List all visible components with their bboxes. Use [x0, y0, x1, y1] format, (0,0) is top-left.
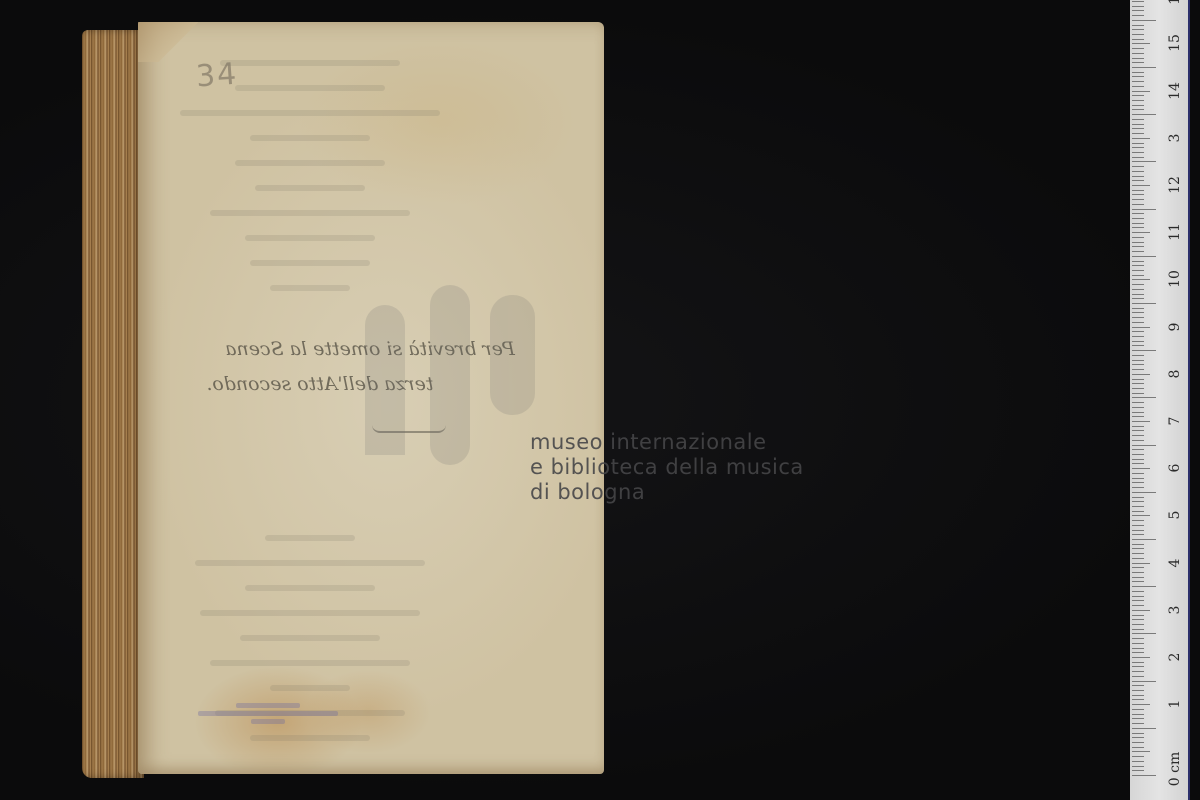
ruler-tick: [1132, 737, 1144, 738]
ruler-tick: [1132, 29, 1144, 30]
ruler-tick: [1132, 25, 1144, 26]
ruler-tick: [1132, 600, 1144, 601]
ruler-tick: [1132, 72, 1144, 73]
ruler-tick: [1132, 770, 1144, 771]
stamp-line: [198, 711, 338, 716]
ruler-tick: [1132, 704, 1150, 705]
ruler-label: 16: [1167, 0, 1183, 11]
ruler-tick: [1132, 261, 1144, 262]
ruler-tick: [1132, 695, 1144, 696]
ruler-tick: [1132, 223, 1144, 224]
ruler-tick: [1132, 317, 1144, 318]
ruler-tick: [1132, 751, 1150, 752]
ruler-tick: [1132, 511, 1144, 512]
ruler-label: 7: [1167, 406, 1183, 436]
ruler-tick: [1132, 662, 1144, 663]
ruler-tick: [1132, 43, 1150, 44]
ruler-tick: [1132, 383, 1144, 384]
ruler-tick: [1132, 581, 1144, 582]
ruler-tick: [1132, 714, 1144, 715]
ruler-tick: [1132, 161, 1156, 162]
ruler-tick: [1132, 756, 1144, 757]
ruler-tick: [1132, 289, 1144, 290]
ruler-tick: [1132, 577, 1144, 578]
ruler-tick: [1132, 718, 1144, 719]
ruler-tick: [1132, 506, 1144, 507]
ruler-tick: [1132, 124, 1144, 125]
ruler-label: 9: [1167, 312, 1183, 342]
ruler-label: 3: [1167, 123, 1183, 153]
ruler-tick: [1132, 553, 1144, 554]
ruler-tick: [1132, 657, 1150, 658]
ruler-tick: [1132, 742, 1144, 743]
ruler-tick: [1132, 39, 1144, 40]
ruler-tick: [1132, 15, 1144, 16]
ruler-tick: [1132, 331, 1144, 332]
ruler-tick: [1132, 388, 1144, 389]
ruler-tick: [1132, 393, 1144, 394]
ruler-tick: [1132, 520, 1144, 521]
ruler-tick: [1132, 426, 1144, 427]
ruler-tick: [1132, 468, 1150, 469]
ruler-tick: [1132, 270, 1144, 271]
ruler-tick: [1132, 430, 1144, 431]
ruler-tick: [1132, 723, 1144, 724]
ruler-tick: [1132, 539, 1156, 540]
ruler-tick: [1132, 246, 1144, 247]
ruler-tick: [1132, 275, 1144, 276]
ruler-tick: [1132, 643, 1144, 644]
ruler-tick: [1132, 194, 1144, 195]
ruler-tick: [1132, 67, 1156, 68]
ruler-tick: [1132, 119, 1144, 120]
ruler-tick: [1132, 152, 1144, 153]
stamp-line: [236, 703, 300, 708]
ruler-tick: [1132, 402, 1144, 403]
ruler-tick: [1132, 638, 1144, 639]
ruler-tick: [1132, 699, 1144, 700]
ruler-tick: [1132, 109, 1144, 110]
ruler-tick: [1132, 91, 1150, 92]
ruler-tick: [1132, 6, 1144, 7]
museum-watermark: museo internazionale e biblioteca della …: [530, 430, 804, 505]
ruler-tick: [1132, 128, 1144, 129]
ruler-tick: [1132, 775, 1156, 776]
ruler-tick: [1132, 251, 1144, 252]
ruler-tick: [1132, 294, 1144, 295]
ruler-tick: [1132, 171, 1144, 172]
stamp-line: [251, 719, 285, 724]
ruler-label: 12: [1167, 170, 1183, 200]
ruler-tick: [1132, 459, 1144, 460]
ruler-tick: [1132, 157, 1144, 158]
ruler-tick: [1132, 681, 1156, 682]
ruler-tick: [1132, 482, 1144, 483]
ruler-tick: [1132, 454, 1144, 455]
ruler-tick: [1132, 633, 1156, 634]
ruler-tick: [1132, 1, 1144, 2]
ruler-tick: [1132, 62, 1144, 63]
ruler-tick: [1132, 515, 1150, 516]
ruler-tick: [1132, 298, 1144, 299]
ruler-tick: [1132, 501, 1144, 502]
ruler-tick: [1132, 497, 1144, 498]
ruler-tick: [1132, 81, 1144, 82]
ruler-tick: [1132, 20, 1156, 21]
ruler-tick: [1132, 440, 1144, 441]
ruler-tick: [1132, 138, 1150, 139]
ruler-tick: [1132, 563, 1150, 564]
ruler-tick: [1132, 204, 1144, 205]
ruler-tick: [1132, 86, 1144, 87]
ruler-tick: [1132, 322, 1144, 323]
ruler-tick: [1132, 605, 1144, 606]
ruler-tick: [1132, 147, 1144, 148]
ruler-label: 2: [1167, 642, 1183, 672]
ruler-tick: [1132, 416, 1144, 417]
ruler-tick: [1132, 648, 1144, 649]
ruler-tick: [1132, 180, 1144, 181]
ruler-tick: [1132, 548, 1144, 549]
ruler-tick: [1132, 671, 1144, 672]
ruler-tick: [1132, 572, 1144, 573]
ruler-tick: [1132, 341, 1144, 342]
ruler-tick: [1132, 397, 1156, 398]
ruler-tick: [1132, 237, 1144, 238]
watermark-line-2: e biblioteca della musica: [530, 455, 804, 480]
ruler-tick: [1132, 435, 1144, 436]
ruler-label: 14: [1167, 76, 1183, 106]
ruler-tick: [1132, 213, 1144, 214]
ruler-tick: [1132, 256, 1156, 257]
ruler-label: 8: [1167, 359, 1183, 389]
ruler-tick: [1132, 690, 1144, 691]
ruler-tick: [1132, 364, 1144, 365]
ruler-tick: [1132, 478, 1144, 479]
ruler-label: 11: [1167, 217, 1183, 247]
ruler-tick: [1132, 624, 1144, 625]
ruler-tick: [1132, 449, 1144, 450]
ruler-tick: [1132, 615, 1144, 616]
ruler-tick: [1132, 591, 1144, 592]
ruler-tick: [1132, 336, 1144, 337]
ruler-tick: [1132, 308, 1144, 309]
ruler-tick: [1132, 766, 1144, 767]
ruler-tick: [1132, 407, 1144, 408]
watermark-line-1: museo internazionale: [530, 430, 804, 455]
ruler-tick: [1132, 34, 1144, 35]
ruler-tick: [1132, 100, 1144, 101]
ruler-tick: [1132, 327, 1150, 328]
ruler-tick: [1132, 596, 1144, 597]
ruler-tick: [1132, 58, 1144, 59]
ruler-tick: [1132, 374, 1150, 375]
ruler-tick: [1132, 530, 1144, 531]
ruler-tick: [1132, 199, 1144, 200]
ruler-tick: [1132, 284, 1144, 285]
ruler-tick: [1132, 610, 1150, 611]
library-stamp: [188, 700, 348, 727]
ruler-tick: [1132, 685, 1144, 686]
ruler-tick: [1132, 534, 1144, 535]
ruler-tick: [1132, 114, 1156, 115]
ruler-tick: [1132, 492, 1156, 493]
ruler-tick: [1132, 629, 1144, 630]
ruler-tick: [1132, 666, 1144, 667]
ruler-tick: [1132, 709, 1144, 710]
ruler-tick: [1132, 312, 1144, 313]
ruler-tick: [1132, 360, 1144, 361]
ruler-tick: [1132, 227, 1144, 228]
ruler-tick: [1132, 421, 1150, 422]
ruler-tick: [1132, 350, 1156, 351]
ruler-tick: [1132, 747, 1144, 748]
ruler-tick: [1132, 95, 1144, 96]
watermark-line-3: di bologna: [530, 480, 804, 505]
ruler-tick: [1132, 166, 1144, 167]
ruler-tick: [1132, 242, 1144, 243]
ruler-tick: [1132, 190, 1144, 191]
ruler-tick: [1132, 185, 1150, 186]
ruler-tick: [1132, 355, 1144, 356]
ruler-tick: [1132, 586, 1156, 587]
ruler-tick: [1132, 473, 1144, 474]
ruler-label: 6: [1167, 453, 1183, 483]
ruler-label: 4: [1167, 548, 1183, 578]
ruler-label: 15: [1167, 28, 1183, 58]
ruler-tick: [1132, 345, 1144, 346]
cm-ruler: 0 cm1234567891011123141516: [1130, 0, 1190, 800]
watermark-logo: [365, 285, 535, 465]
ruler-tick: [1132, 652, 1144, 653]
ruler-tick: [1132, 133, 1144, 134]
folded-corner: [138, 22, 198, 62]
ruler-label: 3: [1167, 595, 1183, 625]
ruler-label: 1: [1167, 689, 1183, 719]
ruler-tick: [1132, 265, 1144, 266]
ruler-tick: [1132, 218, 1144, 219]
ruler-tick: [1132, 412, 1144, 413]
ruler-tick: [1132, 463, 1144, 464]
ruler-tick: [1132, 676, 1144, 677]
ruler-label: 10: [1167, 264, 1183, 294]
ruler-tick: [1132, 445, 1156, 446]
ruler-tick: [1132, 105, 1144, 106]
ruler-tick: [1132, 303, 1156, 304]
ruler-tick: [1132, 379, 1144, 380]
ruler-tick: [1132, 761, 1144, 762]
ruler-tick: [1132, 232, 1150, 233]
ruler-tick: [1132, 176, 1144, 177]
ruler-tick: [1132, 728, 1156, 729]
ruler-tick: [1132, 53, 1144, 54]
ruler-tick: [1132, 619, 1144, 620]
ruler-tick: [1132, 10, 1144, 11]
ruler-tick: [1132, 76, 1144, 77]
ruler-tick: [1132, 279, 1150, 280]
ruler-tick: [1132, 525, 1144, 526]
ruler-tick: [1132, 567, 1144, 568]
ruler-tick: [1132, 733, 1144, 734]
ruler-tick: [1132, 48, 1144, 49]
ruler-tick: [1132, 544, 1144, 545]
ruler-tick: [1132, 209, 1156, 210]
ruler-tick: [1132, 143, 1144, 144]
ruler-label: 0 cm: [1167, 749, 1183, 789]
ruler-tick: [1132, 558, 1144, 559]
ruler-tick: [1132, 369, 1144, 370]
ruler-label: 5: [1167, 500, 1183, 530]
ruler-tick: [1132, 487, 1144, 488]
